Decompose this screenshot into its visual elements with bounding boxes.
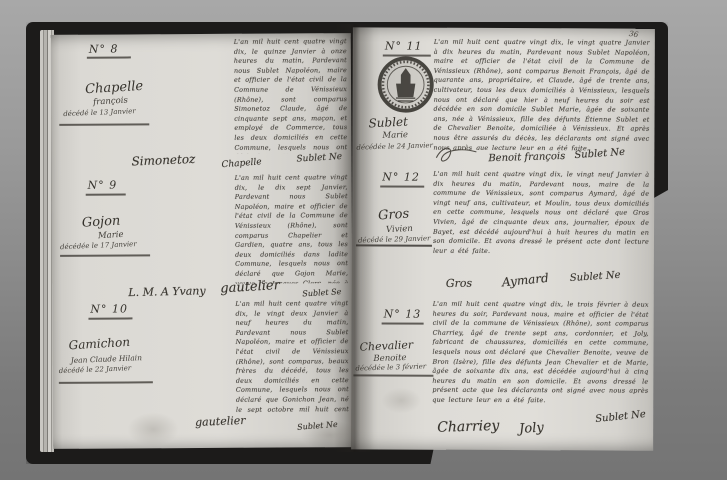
- entry-number-underline: [88, 317, 132, 319]
- margin-death-date: décédé le 22 Janvier: [59, 364, 132, 375]
- official-seal-stamp: [377, 55, 435, 113]
- entry-number-underline: [380, 185, 424, 187]
- margin-deceased-name: Sublet: [368, 115, 408, 131]
- entry-number-underline: [86, 193, 126, 195]
- scanned-register-photo: N° 8 Chapelle françois décédé le 13 Janv…: [0, 0, 727, 480]
- margin-deceased-firstname: Vivien: [386, 224, 413, 235]
- declarant-signature: Charriey: [437, 418, 500, 436]
- officer-signature: Sublet Ne: [570, 270, 621, 284]
- declarant-signature: Gros: [446, 277, 472, 290]
- margin-deceased-firstname: Marie: [382, 130, 408, 141]
- entry-number: N° 12: [382, 170, 420, 183]
- death-act-body: L'an mil huit cent quatre vingt dix, le …: [235, 173, 349, 284]
- death-act-body: L'an mil huit cent quatre vingt dix, le …: [432, 300, 648, 415]
- margin-deceased-name: Chevalier: [359, 338, 413, 354]
- margin-separator-line: [59, 381, 153, 383]
- declarant-signature: L. M. A Yvany: [128, 284, 206, 299]
- entry-number-underline: [382, 322, 424, 324]
- ink-stain: [381, 387, 421, 413]
- death-act-body: L'an mil huit cent quatre vingt dix, le …: [433, 38, 649, 151]
- declarant-signature: Joly: [519, 420, 544, 437]
- margin-deceased-name: Gros: [378, 207, 410, 224]
- officer-signature: Sublet Ne: [296, 152, 342, 165]
- left-page: N° 8 Chapelle françois décédé le 13 Janv…: [51, 33, 354, 449]
- officer-signature: Sublet Se: [302, 287, 341, 298]
- entry-number: N° 9: [88, 179, 118, 192]
- declarant-signature: gautelier: [195, 414, 246, 429]
- declarant-signature: Simonetoz: [131, 152, 195, 169]
- death-act-body: L'an mil huit cent quatre vingt dix, le …: [433, 170, 649, 265]
- signature-flourish: [434, 146, 480, 164]
- death-act-body: L'an mil huit cent quatre vingt dix, le …: [234, 37, 348, 154]
- margin-deceased-name: Gamichon: [68, 335, 130, 353]
- death-act-body: L'an mil huit cent quatre vingt dix, le …: [235, 299, 349, 414]
- margin-deceased-firstname: françois: [93, 96, 128, 108]
- ink-stain: [127, 412, 179, 446]
- declarant-signature: Aymard: [501, 271, 549, 290]
- margin-deceased-firstname: Marie: [98, 230, 124, 241]
- margin-death-date: décédée le 3 février: [355, 362, 426, 372]
- entry-number: N° 8: [89, 43, 119, 56]
- margin-separator-line: [356, 244, 432, 247]
- entry-number-underline: [87, 56, 131, 58]
- margin-deceased-name: Gojon: [81, 214, 120, 231]
- declarant-signature: Benoit françois: [488, 151, 565, 164]
- right-page: 36 N° 11 Sublet Marie décédée le 24 Janv…: [351, 27, 655, 450]
- officer-signature: Sublet Ne: [574, 147, 625, 161]
- declarant-signature: gautelier: [220, 278, 280, 296]
- margin-separator-line: [59, 123, 149, 125]
- officer-signature: Sublet Ne: [297, 420, 338, 432]
- margin-separator-line: [353, 374, 433, 376]
- declarant-signature: Chapelle: [221, 157, 262, 170]
- margin-separator-line: [60, 254, 150, 256]
- entry-number: N° 13: [384, 307, 422, 320]
- margin-death-date: décédée le 24 Janvier: [356, 141, 433, 151]
- margin-death-date: décédé le 13 Janvier: [63, 107, 136, 118]
- margin-deceased-name: Chapelle: [85, 79, 144, 97]
- entry-number: N° 11: [385, 39, 423, 52]
- margin-death-date: décédée le 17 Janvier: [60, 240, 137, 251]
- margin-deceased-firstname: Jean Claude Hilain: [71, 353, 143, 365]
- margin-death-date: décédé le 29 Janvier: [358, 234, 431, 244]
- entry-number: N° 10: [90, 302, 128, 315]
